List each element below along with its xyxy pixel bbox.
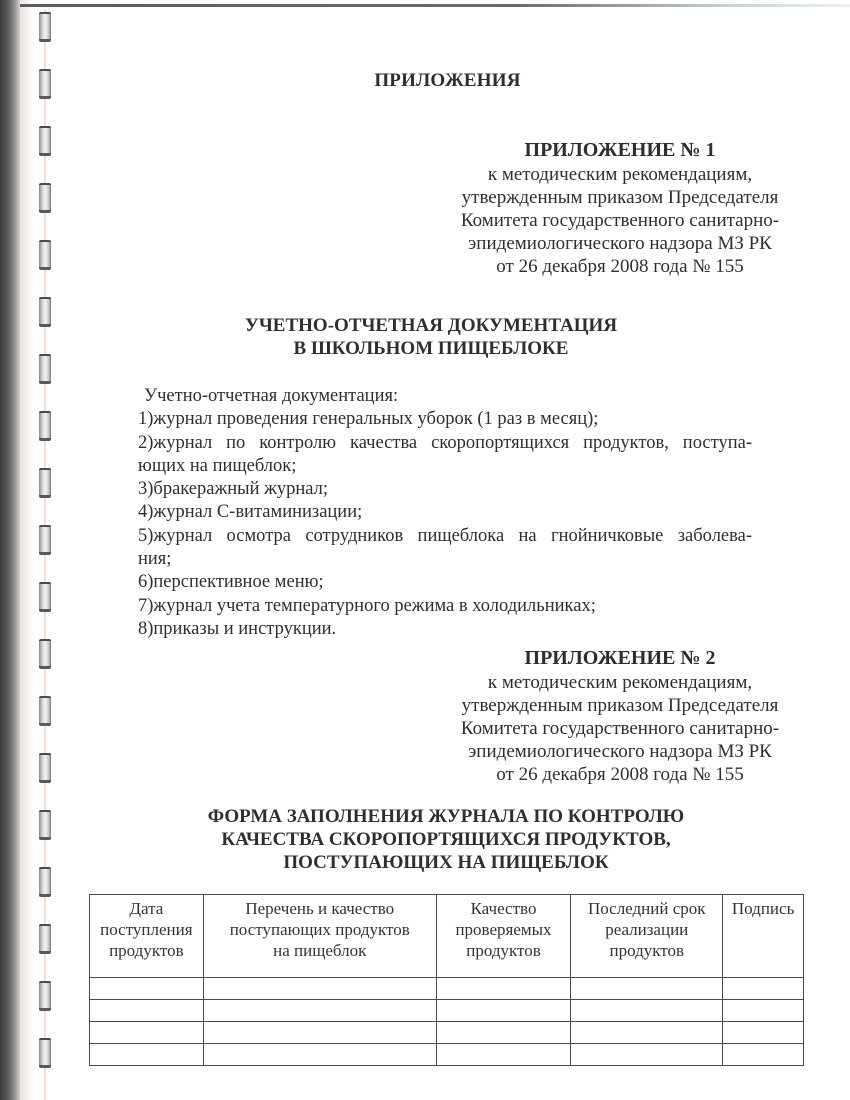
binding-ring [39,183,51,213]
column-header-line: поступления [90,919,203,940]
appendix-2-line: эпидемиологического надзора МЗ РК [430,740,810,763]
binding-ring [39,240,51,270]
table-cell [436,1044,570,1066]
section-2-title: ФОРМА ЗАПОЛНЕНИЯ ЖУРНАЛА ПО КОНТРОЛЮ КАЧ… [0,805,850,874]
column-header: Датапоступленияпродуктов [90,895,204,978]
table-cell [203,1044,436,1066]
table-cell [571,1000,723,1022]
appendix-2-block: ПРИЛОЖЕНИЕ № 2 к методическим рекомендац… [430,645,810,786]
documentation-list: Учетно-отчетная документация: 1)журнал п… [138,385,752,641]
binding-ring [39,525,51,555]
table-cell [203,978,436,1000]
list-item: 4)журнал С-витаминизации; [138,501,752,524]
section-1-title-line: УЧЕТНО-ОТЧЕТНАЯ ДОКУМЕНТАЦИЯ [0,314,850,337]
binding-ring [39,696,51,726]
list-item: 5)журнал осмотра сотрудников пищеблока н… [138,525,752,548]
table-cell [203,1022,436,1044]
table-cell [436,1000,570,1022]
list-intro: Учетно-отчетная документация: [138,385,752,408]
table-cell [436,978,570,1000]
list-item: 8)приказы и инструкции. [138,618,752,641]
column-header-line: продуктов [571,940,722,961]
binding-ring [39,981,51,1011]
list-item: 6)перспективное меню; [138,571,752,594]
list-item: 7)журнал учета температурного режима в х… [138,595,752,618]
appendix-1-line: Комитета государственного санитарно- [430,209,810,232]
table-cell [203,1000,436,1022]
section-2-title-line: ФОРМА ЗАПОЛНЕНИЯ ЖУРНАЛА ПО КОНТРОЛЮ [0,805,850,828]
spine-shadow [20,0,34,1100]
section-2-title-line: КАЧЕСТВА СКОРОПОРТЯЩИХСЯ ПРОДУКТОВ, [0,828,850,851]
table-row [90,1000,804,1022]
section-1-title-line: В ШКОЛЬНОМ ПИЩЕБЛОКЕ [0,337,850,360]
table-cell [436,1022,570,1044]
binding-ring [39,639,51,669]
binding-ring [39,126,51,156]
appendix-2-heading: ПРИЛОЖЕНИЕ № 2 [430,645,810,671]
binding-ring [39,753,51,783]
binding-ring [39,582,51,612]
column-header: Качествопроверяемыхпродуктов [436,895,570,978]
column-header-line: продуктов [437,940,570,961]
appendix-2-line: от 26 декабря 2008 года № 155 [430,763,810,786]
column-header: Подпись [723,895,804,978]
table-row [90,1044,804,1066]
binding-ring [39,1038,51,1068]
column-header-line: Перечень и качество [204,898,436,919]
column-header-line: Качество [437,898,570,919]
table-header-row: ДатапоступленияпродуктовПеречень и качес… [90,895,804,978]
appendix-2-line: к методическим рекомендациям, [430,671,810,694]
appendix-1-heading: ПРИЛОЖЕНИЕ № 1 [430,137,810,163]
column-header: Перечень и качествопоступающих продуктов… [203,895,436,978]
appendix-1-block: ПРИЛОЖЕНИЕ № 1 к методическим рекомендац… [430,137,810,278]
list-item: 2)журнал по контролю качества скоропортя… [138,432,752,455]
appendix-1-line: от 26 декабря 2008 года № 155 [430,255,810,278]
table-cell [723,1022,804,1044]
list-item: ющих на пищеблок; [138,455,752,478]
section-2-title-line: ПОСТУПАЮЩИХ НА ПИЩЕБЛОК [0,851,850,874]
table-cell [723,978,804,1000]
table-cell [571,1022,723,1044]
column-header-line: проверяемых [437,919,570,940]
section-1-title: УЧЕТНО-ОТЧЕТНАЯ ДОКУМЕНТАЦИЯ В ШКОЛЬНОМ … [0,314,850,360]
appendix-2-line: утвержденным приказом Председателя [430,694,810,717]
column-header-line: реализации [571,919,722,940]
binding-ring [39,411,51,441]
table-cell [90,1000,204,1022]
table-cell [90,978,204,1000]
table-cell [571,978,723,1000]
column-header-line: на пищеблок [204,940,436,961]
binding-ring [39,924,51,954]
column-header: Последний срокреализациипродуктов [571,895,723,978]
list-item: ния; [138,548,752,571]
column-header-line: поступающих продуктов [204,919,436,940]
page-top-edge [20,4,850,7]
table-cell [571,1044,723,1066]
table-cell [723,1044,804,1066]
appendix-1-line: утвержденным приказом Председателя [430,186,810,209]
list-item: 3)бракеражный журнал; [138,478,752,501]
table-cell [90,1022,204,1044]
journal-form-table: ДатапоступленияпродуктовПеречень и качес… [89,894,804,1066]
column-header-line: Подпись [723,898,803,919]
binding-spine [0,0,20,1100]
appendix-2-line: Комитета государственного санитарно- [430,717,810,740]
page-title: ПРИЛОЖЕНИЯ [0,70,850,92]
binding-ring [39,12,51,42]
table-row [90,1022,804,1044]
appendix-1-line: эпидемиологического надзора МЗ РК [430,232,810,255]
table-cell [90,1044,204,1066]
column-header-line: Последний срок [571,898,722,919]
column-header-line: продуктов [90,940,203,961]
table-cell [723,1000,804,1022]
appendix-1-line: к методическим рекомендациям, [430,163,810,186]
binding-ring [39,468,51,498]
table-row [90,978,804,1000]
column-header-line: Дата [90,898,203,919]
list-item: 1)журнал проведения генеральных уборок (… [138,408,752,431]
